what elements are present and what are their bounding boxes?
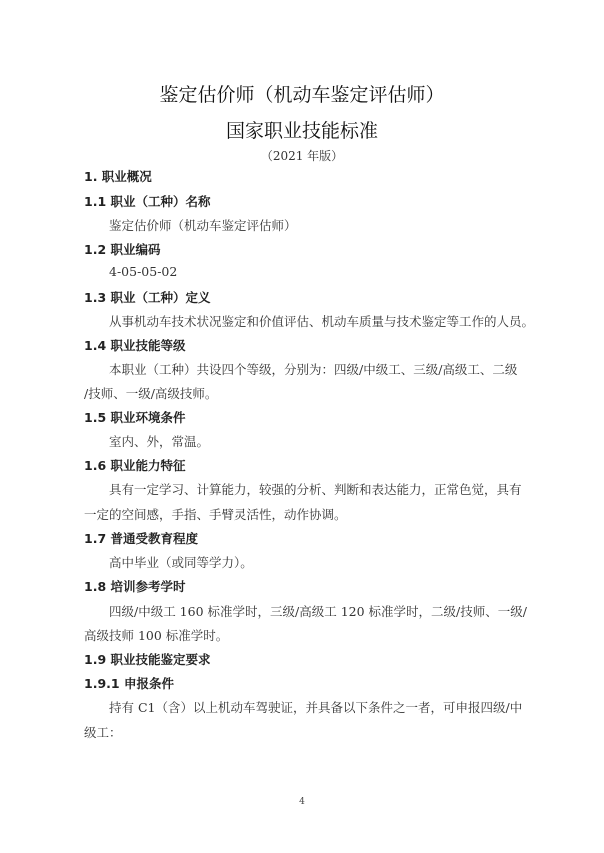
section-heading-1-6: 1.6 职业能力特征 — [84, 456, 186, 474]
section-text-1-5: 室内、外，常温。 — [109, 432, 549, 450]
section-heading-1-9-1: 1.9.1 申报条件 — [84, 674, 174, 692]
section-heading-1-8: 1.8 培训参考学时 — [84, 577, 186, 595]
section-text-1-3: 从事机动车技术状况鉴定和价值评估、机动车质量与技术鉴定等工作的人员。 — [109, 312, 549, 330]
section-text-1-2: 4-05-05-02 — [109, 264, 549, 279]
section-heading-1: 1. 职业概况 — [84, 167, 152, 185]
edition-label: （2021 年版） — [0, 147, 604, 164]
section-heading-1-4: 1.4 职业技能等级 — [84, 336, 186, 354]
section-text-1-9-1-line2: 级工： — [84, 723, 524, 741]
page-number: 4 — [0, 797, 604, 807]
section-text-1-9-1-line1: 持有 C1（含）以上机动车驾驶证，并具备以下条件之一者，可申报四级/中 — [109, 698, 549, 716]
section-heading-1-2: 1.2 职业编码 — [84, 240, 161, 258]
section-text-1-4-line2: /技师、一级/高级技师。 — [84, 384, 524, 402]
document-title: 鉴定估价师（机动车鉴定评估师） — [0, 80, 604, 107]
section-heading-1-3: 1.3 职业（工种）定义 — [84, 288, 211, 306]
section-heading-1-5: 1.5 职业环境条件 — [84, 408, 186, 426]
section-text-1-4-line1: 本职业（工种）共设四个等级，分别为：四级/中级工、三级/高级工、二级 — [109, 360, 549, 378]
section-text-1-1: 鉴定估价师（机动车鉴定评估师） — [109, 216, 549, 234]
section-heading-1-7: 1.7 普通受教育程度 — [84, 529, 198, 547]
section-heading-1-9: 1.9 职业技能鉴定要求 — [84, 650, 211, 668]
section-text-1-6-line2: 一定的空间感，手指、手臂灵活性，动作协调。 — [84, 505, 524, 523]
document-page: 鉴定估价师（机动车鉴定评估师） 国家职业技能标准 （2021 年版） 1. 职业… — [0, 0, 604, 853]
section-heading-1-1: 1.1 职业（工种）名称 — [84, 192, 211, 210]
section-text-1-6-line1: 具有一定学习、计算能力，较强的分析、判断和表达能力，正常色觉，具有 — [109, 480, 549, 498]
document-subtitle: 国家职业技能标准 — [0, 116, 604, 143]
section-text-1-8-line1: 四级/中级工 160 标准学时，三级/高级工 120 标准学时，二级/技师、一级… — [109, 602, 549, 620]
section-text-1-8-line2: 高级技师 100 标准学时。 — [84, 626, 524, 644]
section-text-1-7: 高中毕业（或同等学力）。 — [109, 553, 549, 571]
